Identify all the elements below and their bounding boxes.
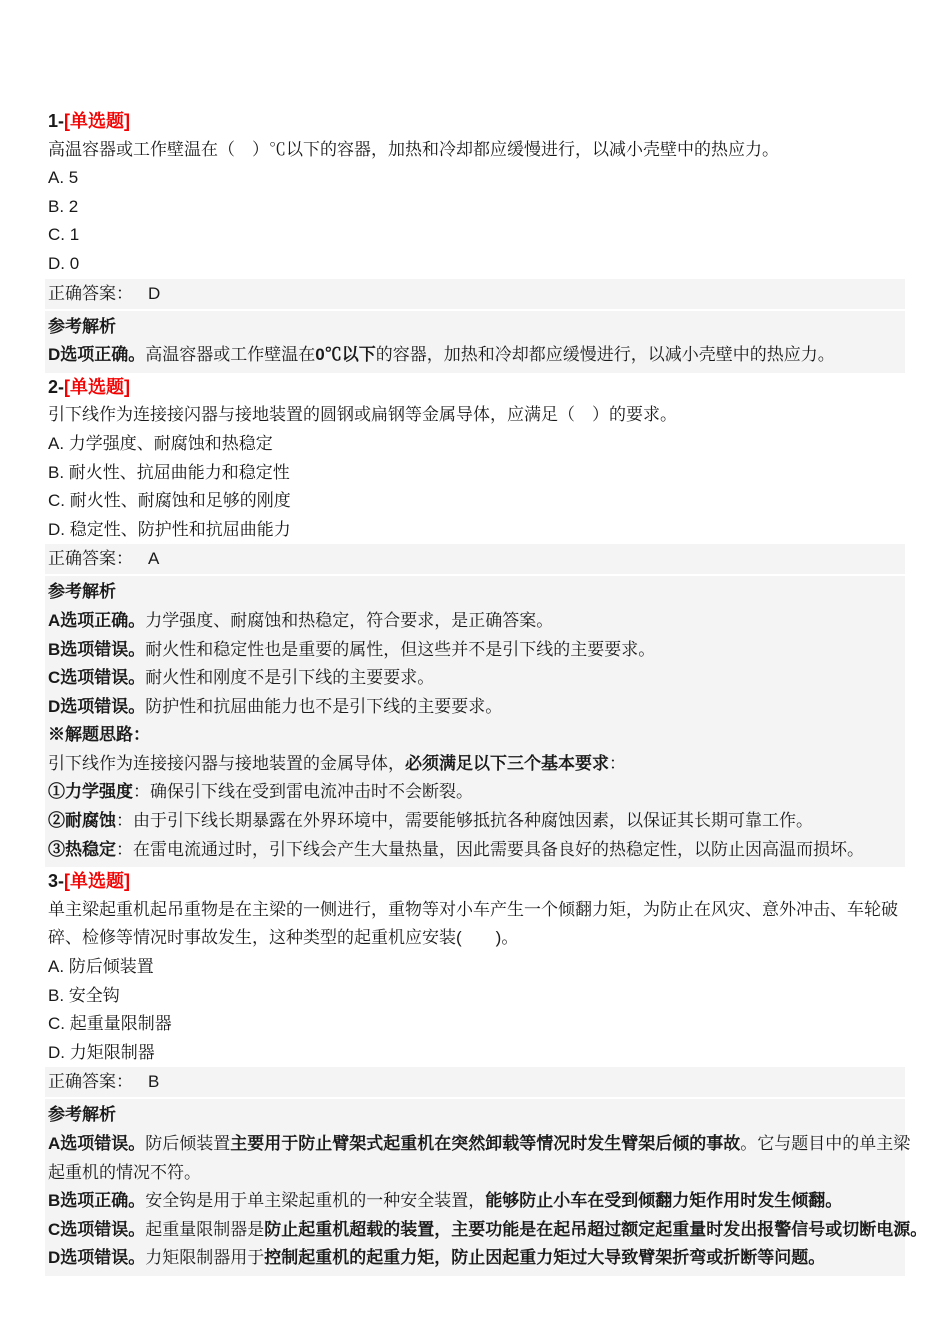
answer-value: A xyxy=(148,549,159,568)
text-segment: 控制起重机的起重力矩，防止因起重力矩过大导致臂架折弯或折断等问题。 xyxy=(264,1248,825,1267)
options-list: A. 5B. 2C. 1D. 0 xyxy=(45,164,905,278)
text-segment: 高温容器或工作壁温在 xyxy=(145,345,315,364)
text-segment: B选项错误。 xyxy=(48,640,145,659)
text-segment: 引下线作为连接接闪器与接地装置的金属导体， xyxy=(48,754,405,773)
text-segment: 安全钩是用于单主梁起重机的一种安全装置， xyxy=(145,1191,485,1210)
question-title: 3-[单选题] xyxy=(45,867,905,896)
text-segment: D选项正确。 xyxy=(48,345,145,364)
option-item: B. 2 xyxy=(45,193,905,222)
text-segment: 的容器，加热和冷却都应缓慢进行，以减小壳壁中的热应力。 xyxy=(376,345,835,364)
analysis-line: D选项错误。力矩限制器用于控制起重机的起重力矩，防止因起重力矩过大导致臂架折弯或… xyxy=(45,1244,905,1273)
analysis-line: A选项正确。力学强度、耐腐蚀和热稳定，符合要求，是正确答案。 xyxy=(45,607,905,636)
question-text-line: 单主梁起重机起吊重物是在主梁的一侧进行，重物等对小车产生一个倾翻力矩，为防止在风… xyxy=(45,896,905,925)
option-item: C. 1 xyxy=(45,221,905,250)
analysis-line: A选项错误。防后倾装置主要用于防止臂架式起重机在突然卸载等情况时发生臂架后倾的事… xyxy=(45,1130,905,1159)
text-segment: B选项正确。 xyxy=(48,1191,145,1210)
answer-row: 正确答案：A xyxy=(45,544,905,574)
text-segment: 0℃以下 xyxy=(315,345,375,364)
option-item: A. 5 xyxy=(45,164,905,193)
option-item: B. 耐火性、抗屈曲能力和稳定性 xyxy=(45,459,905,488)
text-segment: 高温容器或工作壁温在（ ）℃以下的容器，加热和冷却都应缓慢进行，以减小壳壁中的热… xyxy=(48,140,779,159)
option-item: B. 安全钩 xyxy=(45,982,905,1011)
question-block: 1-[单选题] 高温容器或工作壁温在（ ）℃以下的容器，加热和冷却都应缓慢进行，… xyxy=(45,107,905,373)
question-text-line: 引下线作为连接接闪器与接地装置的圆钢或扁钢等金属导体，应满足（ ）的要求。 xyxy=(45,401,905,430)
question-type-tag: [单选题] xyxy=(64,871,130,891)
text-segment: A选项正确。 xyxy=(48,611,145,630)
question-title: 1-[单选题] xyxy=(45,107,905,136)
question-text: 单主梁起重机起吊重物是在主梁的一侧进行，重物等对小车产生一个倾翻力矩，为防止在风… xyxy=(45,896,905,953)
text-segment: 碎、检修等情况时事故发生，这种类型的起重机应安装( )。 xyxy=(48,928,518,947)
analysis-line: B选项正确。安全钩是用于单主梁起重机的一种安全装置，能够防止小车在受到倾翻力矩作… xyxy=(45,1187,905,1216)
option-item: C. 耐火性、耐腐蚀和足够的刚度 xyxy=(45,487,905,516)
text-segment: 能够防止小车在受到倾翻力矩作用时发生倾翻。 xyxy=(485,1191,842,1210)
analysis-line: 起重机的情况不符。 xyxy=(45,1159,905,1188)
analysis-line: B选项错误。耐火性和稳定性也是重要的属性，但这些并不是引下线的主要要求。 xyxy=(45,636,905,665)
answer-value: B xyxy=(148,1072,159,1091)
answer-value: D xyxy=(148,284,160,303)
option-item: D. 稳定性、防护性和抗屈曲能力 xyxy=(45,516,905,545)
answer-label: 正确答案： xyxy=(48,1072,133,1091)
answer-label: 正确答案： xyxy=(48,284,133,303)
text-segment: C选项错误。 xyxy=(48,1220,145,1239)
text-segment: ：在雷电流通过时，引下线会产生大量热量，因此需要具备良好的热稳定性，以防止因高温… xyxy=(116,840,864,859)
options-list: A. 力学强度、耐腐蚀和热稳定B. 耐火性、抗屈曲能力和稳定性C. 耐火性、耐腐… xyxy=(45,430,905,544)
option-item: A. 防后倾装置 xyxy=(45,953,905,982)
analysis-block: 参考解析 A选项错误。防后倾装置主要用于防止臂架式起重机在突然卸载等情况时发生臂… xyxy=(45,1099,905,1276)
text-segment: D选项错误。 xyxy=(48,1248,145,1267)
text-segment: ：由于引下线长期暴露在外界环境中，需要能够抵抗各种腐蚀因素，以保证其长期可靠工作… xyxy=(116,811,813,830)
text-segment: ※解题思路： xyxy=(48,725,150,744)
text-segment: ： xyxy=(609,754,626,773)
analysis-line: D选项错误。防护性和抗屈曲能力也不是引下线的主要要求。 xyxy=(45,693,905,722)
analysis-block: 参考解析 A选项正确。力学强度、耐腐蚀和热稳定，符合要求，是正确答案。B选项错误… xyxy=(45,576,905,867)
question-block: 2-[单选题] 引下线作为连接接闪器与接地装置的圆钢或扁钢等金属导体，应满足（ … xyxy=(45,373,905,868)
question-type-tag: [单选题] xyxy=(64,111,130,131)
document-page: 1-[单选题] 高温容器或工作壁温在（ ）℃以下的容器，加热和冷却都应缓慢进行，… xyxy=(0,0,950,1344)
options-list: A. 防后倾装置B. 安全钩C. 起重量限制器D. 力矩限制器 xyxy=(45,953,905,1067)
analysis-line: ※解题思路： xyxy=(45,721,905,750)
analysis-line: ③热稳定：在雷电流通过时，引下线会产生大量热量，因此需要具备良好的热稳定性，以防… xyxy=(45,836,905,865)
option-item: D. 力矩限制器 xyxy=(45,1039,905,1068)
analysis-line: ②耐腐蚀：由于引下线长期暴露在外界环境中，需要能够抵抗各种腐蚀因素，以保证其长期… xyxy=(45,807,905,836)
text-segment: 。它与题目中的单主梁 xyxy=(740,1134,910,1153)
text-segment: 单主梁起重机起吊重物是在主梁的一侧进行，重物等对小车产生一个倾翻力矩，为防止在风… xyxy=(48,900,898,919)
option-item: D. 0 xyxy=(45,250,905,279)
analysis-line: ①力学强度：确保引下线在受到雷电流冲击时不会断裂。 xyxy=(45,778,905,807)
question-number: 3- xyxy=(48,871,64,891)
analysis-heading: 参考解析 xyxy=(45,578,905,607)
text-segment: 防护性和抗屈曲能力也不是引下线的主要要求。 xyxy=(145,697,502,716)
question-text: 引下线作为连接接闪器与接地装置的圆钢或扁钢等金属导体，应满足（ ）的要求。 xyxy=(45,401,905,430)
analysis-line: D选项正确。高温容器或工作壁温在0℃以下的容器，加热和冷却都应缓慢进行，以减小壳… xyxy=(45,341,905,370)
text-segment: ：确保引下线在受到雷电流冲击时不会断裂。 xyxy=(133,782,473,801)
question-text: 高温容器或工作壁温在（ ）℃以下的容器，加热和冷却都应缓慢进行，以减小壳壁中的热… xyxy=(45,136,905,165)
text-segment: 力矩限制器用于 xyxy=(145,1248,264,1267)
answer-row: 正确答案：B xyxy=(45,1067,905,1097)
text-segment: 耐火性和稳定性也是重要的属性，但这些并不是引下线的主要要求。 xyxy=(145,640,655,659)
text-segment: D选项错误。 xyxy=(48,697,145,716)
text-segment: 力学强度、耐腐蚀和热稳定，符合要求，是正确答案。 xyxy=(145,611,553,630)
answer-row: 正确答案：D xyxy=(45,279,905,309)
text-segment: 起重量限制器是 xyxy=(145,1220,264,1239)
analysis-block: 参考解析 D选项正确。高温容器或工作壁温在0℃以下的容器，加热和冷却都应缓慢进行… xyxy=(45,311,905,373)
text-segment: ③热稳定 xyxy=(48,840,116,859)
text-segment: 耐火性和刚度不是引下线的主要要求。 xyxy=(145,668,434,687)
question-type-tag: [单选题] xyxy=(64,377,130,397)
analysis-heading: 参考解析 xyxy=(45,313,905,342)
text-segment: 必须满足以下三个基本要求 xyxy=(405,754,609,773)
question-number: 1- xyxy=(48,111,64,131)
question-text-line: 碎、检修等情况时事故发生，这种类型的起重机应安装( )。 xyxy=(45,924,905,953)
text-segment: A选项错误。 xyxy=(48,1134,145,1153)
text-segment: 引下线作为连接接闪器与接地装置的圆钢或扁钢等金属导体，应满足（ ）的要求。 xyxy=(48,405,677,424)
option-item: A. 力学强度、耐腐蚀和热稳定 xyxy=(45,430,905,459)
text-segment: 防止起重机超载的装置，主要功能是在起吊超过额定起重量时发出报警信号或切断电源。 xyxy=(264,1220,927,1239)
answer-label: 正确答案： xyxy=(48,549,133,568)
question-text-line: 高温容器或工作壁温在（ ）℃以下的容器，加热和冷却都应缓慢进行，以减小壳壁中的热… xyxy=(45,136,905,165)
question-title: 2-[单选题] xyxy=(45,373,905,402)
option-item: C. 起重量限制器 xyxy=(45,1010,905,1039)
analysis-line: C选项错误。起重量限制器是防止起重机超载的装置，主要功能是在起吊超过额定起重量时… xyxy=(45,1216,905,1245)
text-segment: 起重机的情况不符。 xyxy=(48,1163,201,1182)
text-segment: ②耐腐蚀 xyxy=(48,811,116,830)
text-segment: 防后倾装置 xyxy=(145,1134,230,1153)
text-segment: C选项错误。 xyxy=(48,668,145,687)
questions-list: 1-[单选题] 高温容器或工作壁温在（ ）℃以下的容器，加热和冷却都应缓慢进行，… xyxy=(0,0,950,1276)
analysis-heading: 参考解析 xyxy=(45,1101,905,1130)
text-segment: ①力学强度 xyxy=(48,782,133,801)
analysis-line: C选项错误。耐火性和刚度不是引下线的主要要求。 xyxy=(45,664,905,693)
question-number: 2- xyxy=(48,377,64,397)
text-segment: 主要用于防止臂架式起重机在突然卸载等情况时发生臂架后倾的事故 xyxy=(230,1134,740,1153)
question-block: 3-[单选题] 单主梁起重机起吊重物是在主梁的一侧进行，重物等对小车产生一个倾翻… xyxy=(45,867,905,1276)
analysis-line: 引下线作为连接接闪器与接地装置的金属导体，必须满足以下三个基本要求： xyxy=(45,750,905,779)
